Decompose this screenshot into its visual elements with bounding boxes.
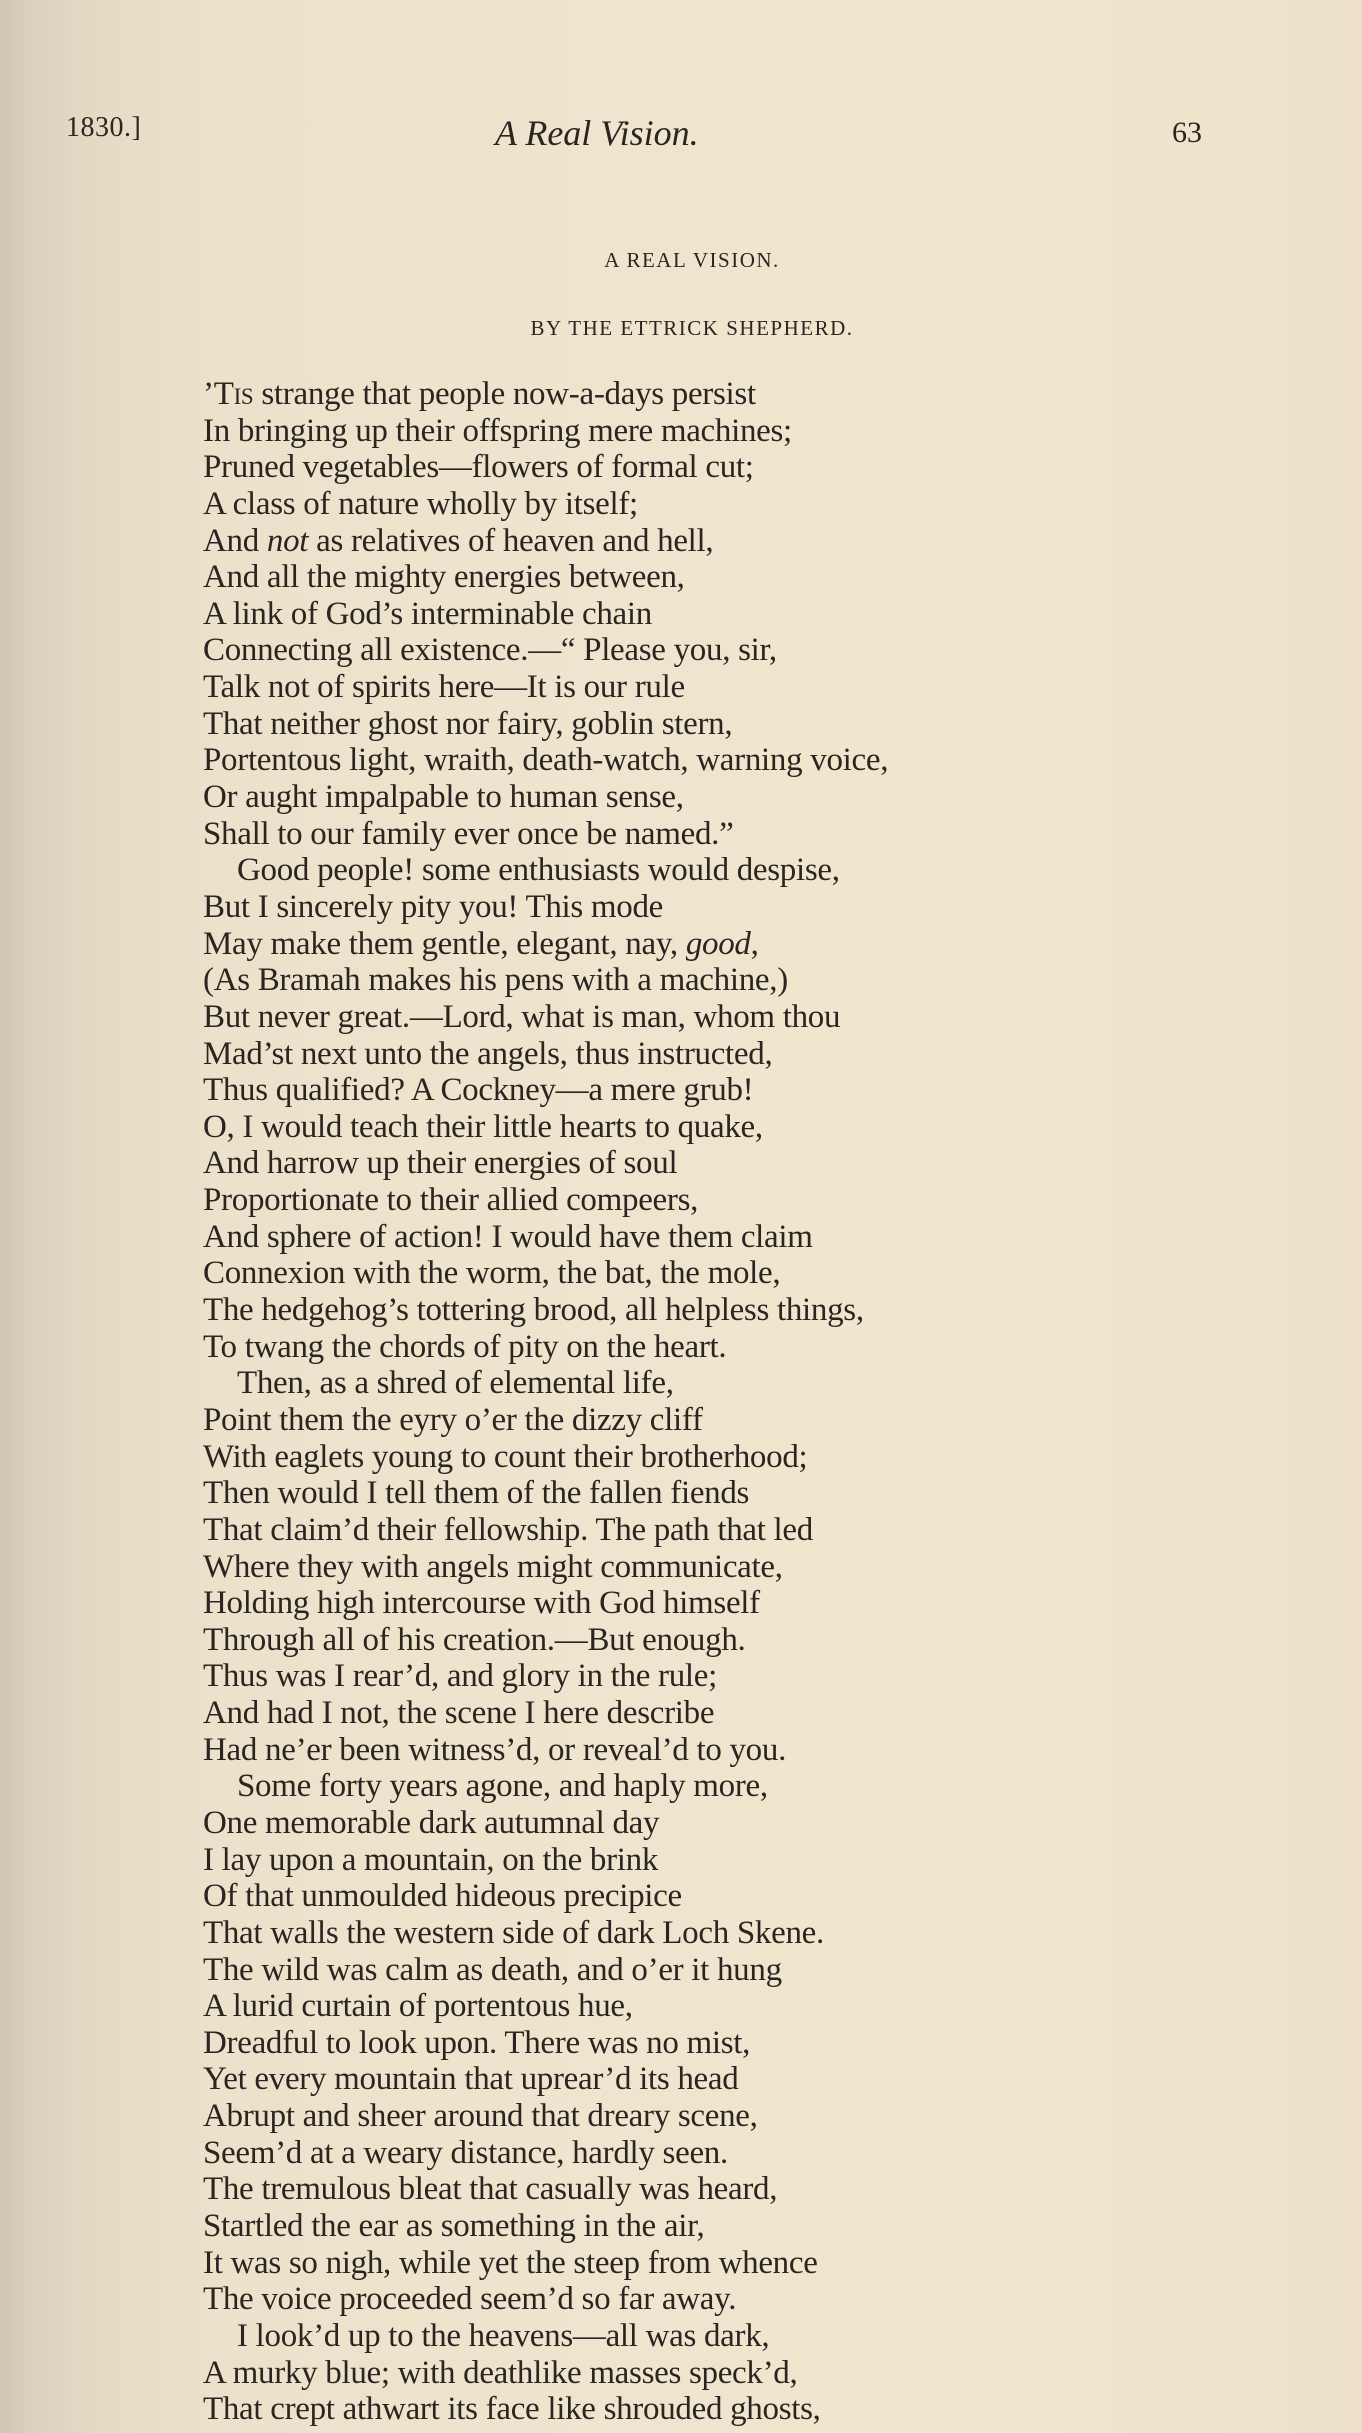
poem-line: Dreadful to look upon. There was no mist… (203, 2025, 1103, 2062)
poem-line: Through all of his creation.—But enough. (203, 1622, 1103, 1659)
poem-line: To twang the chords of pity on the heart… (203, 1329, 1103, 1366)
running-header: 1830.] A Real Vision. 63 (0, 112, 1362, 156)
poem-line: And not as relatives of heaven and hell, (203, 523, 1103, 560)
poem-line: Or aught impalpable to human sense, (203, 779, 1103, 816)
poem-line: That neither ghost nor fairy, goblin ste… (203, 706, 1103, 743)
poem-line: A class of nature wholly by itself; (203, 486, 1103, 523)
poem-line-emphasis: good (686, 926, 751, 962)
poem-line: O, I would teach their little hearts to … (203, 1109, 1103, 1146)
poem-line: Talk not of spirits here—It is our rule (203, 669, 1103, 706)
poem-line-emphasis: not (267, 523, 308, 559)
poem-line: A murky blue; with deathlike masses spec… (203, 2355, 1103, 2392)
poem-line: Portentous light, wraith, death-watch, w… (203, 742, 1103, 779)
poem-line: Shall to our family ever once be named.” (203, 816, 1103, 853)
poem-line: And all the mighty energies between, (203, 559, 1103, 596)
poem-line: I look’d up to the heavens—all was dark, (203, 2318, 1103, 2355)
book-page: 1830.] A Real Vision. 63 A REAL VISION. … (0, 0, 1362, 2433)
poem-line: And sphere of action! I would have them … (203, 1219, 1103, 1256)
poem-line: Point them the eyry o’er the dizzy cliff (203, 1402, 1103, 1439)
poem-line: ’Tis strange that people now-a-days pers… (203, 376, 1103, 413)
poem-line: Pruned vegetables—flowers of formal cut; (203, 449, 1103, 486)
poem-line: That walls the western side of dark Loch… (203, 1915, 1103, 1952)
poem-line-text: And (203, 523, 267, 559)
poem-line: Yet every mountain that uprear’d its hea… (203, 2061, 1103, 2098)
poem-line: Mad’st next unto the angels, thus instru… (203, 1036, 1103, 1073)
poem-line: It was so nigh, while yet the steep from… (203, 2245, 1103, 2282)
poem-line-text: , (751, 926, 759, 962)
poem-line: That claim’d their fellowship. The path … (203, 1512, 1103, 1549)
running-header-title: A Real Vision. (495, 112, 699, 154)
running-header-year: 1830.] (66, 112, 141, 144)
poem-line: Startled the ear as something in the air… (203, 2208, 1103, 2245)
poem-line: And had I not, the scene I here describe (203, 1695, 1103, 1732)
poem-line: The wild was calm as death, and o’er it … (203, 1952, 1103, 1989)
poem-line-text: as relatives of heaven and hell, (308, 523, 713, 559)
poem-line: A lurid curtain of portentous hue, (203, 1988, 1103, 2025)
poem-line-text: May make them gentle, elegant, nay, (203, 926, 686, 962)
poem-line: Holding high intercourse with God himsel… (203, 1585, 1103, 1622)
poem-line: The hedgehog’s tottering brood, all help… (203, 1292, 1103, 1329)
poem-line: That crept athwart its face like shroude… (203, 2391, 1103, 2428)
poem-line: Thus was I rear’d, and glory in the rule… (203, 1658, 1103, 1695)
poem-byline: BY THE ETTRICK SHEPHERD. (0, 316, 1362, 341)
poem-line: Good people! some enthusiasts would desp… (203, 852, 1103, 889)
poem-line: The tremulous bleat that casually was he… (203, 2171, 1103, 2208)
poem-line: Then would I tell them of the fallen fie… (203, 1475, 1103, 1512)
poem-line: (As Bramah makes his pens with a machine… (203, 962, 1103, 999)
poem-line: But I sincerely pity you! This mode (203, 889, 1103, 926)
poem-line: Connecting all existence.—“ Please you, … (203, 632, 1103, 669)
poem-line: Seem’d at a weary distance, hardly seen. (203, 2135, 1103, 2172)
poem-line: The voice proceeded seem’d so far away. (203, 2281, 1103, 2318)
poem-line: But never great.—Lord, what is man, whom… (203, 999, 1103, 1036)
poem-line: In bringing up their offspring mere mach… (203, 413, 1103, 450)
poem-line: A link of God’s interminable chain (203, 596, 1103, 633)
poem-line: And harrow up their energies of soul (203, 1145, 1103, 1182)
poem-line: Of that unmoulded hideous precipice (203, 1878, 1103, 1915)
poem-line: Thus qualified? A Cockney—a mere grub! (203, 1072, 1103, 1109)
poem-line: I lay upon a mountain, on the brink (203, 1842, 1103, 1879)
poem-body: ’Tis strange that people now-a-days pers… (203, 376, 1103, 2428)
page-number: 63 (1172, 116, 1202, 150)
poem-line: Connexion with the worm, the bat, the mo… (203, 1255, 1103, 1292)
poem-title: A REAL VISION. (0, 248, 1362, 273)
poem-line: May make them gentle, elegant, nay, good… (203, 926, 1103, 963)
poem-line: Abrupt and sheer around that dreary scen… (203, 2098, 1103, 2135)
poem-line: Had ne’er been witness’d, or reveal’d to… (203, 1732, 1103, 1769)
poem-line: Then, as a shred of elemental life, (203, 1365, 1103, 1402)
poem-line: Where they with angels might communicate… (203, 1549, 1103, 1586)
poem-line: Proportionate to their allied compeers, (203, 1182, 1103, 1219)
poem-line: With eaglets young to count their brothe… (203, 1439, 1103, 1476)
poem-line: One memorable dark autumnal day (203, 1805, 1103, 1842)
poem-line: Some forty years agone, and haply more, (203, 1768, 1103, 1805)
